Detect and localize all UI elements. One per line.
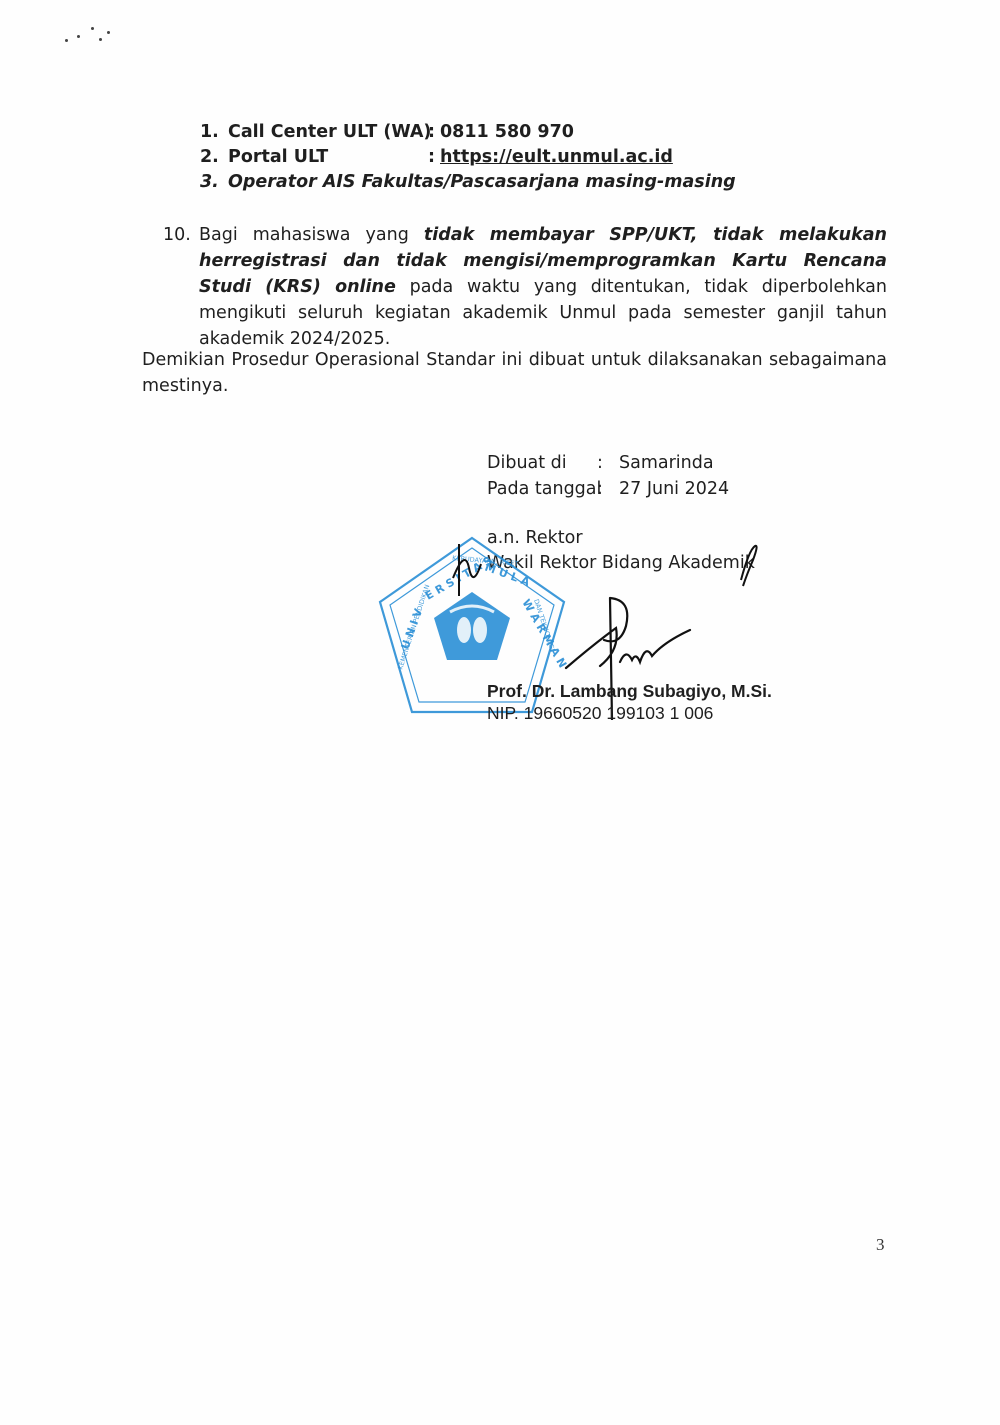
contact-call-center: 1. Call Center ULT (WA) : 0811 580 970 bbox=[200, 120, 736, 145]
contact-text: Operator AIS Fakultas/Pascasarjana masin… bbox=[228, 170, 736, 195]
contact-list: 1. Call Center ULT (WA) : 0811 580 970 2… bbox=[200, 120, 736, 195]
date-value: 27 Juni 2024 bbox=[619, 476, 729, 502]
signer-name-block: Prof. Dr. Lambang Subagiyo, M.Si. NIP. 1… bbox=[487, 680, 772, 724]
list-number: 3. bbox=[200, 170, 228, 195]
separator: : bbox=[428, 120, 440, 145]
portal-link[interactable]: https://eult.unmul.ac.id bbox=[440, 147, 673, 167]
closing-paragraph: Demikian Prosedur Operasional Standar in… bbox=[142, 347, 887, 399]
initial-mark-icon bbox=[445, 538, 505, 598]
page-number: 3 bbox=[876, 1235, 885, 1255]
list-number: 1. bbox=[200, 120, 228, 145]
item-body: Bagi mahasiswa yang tidak membayar SPP/U… bbox=[199, 222, 887, 352]
signer-nip: NIP. 19660520 199103 1 006 bbox=[487, 702, 772, 724]
contact-label: Call Center ULT (WA) bbox=[228, 120, 428, 145]
contact-phone: 0811 580 970 bbox=[440, 120, 574, 145]
date-row: Pada tanggal : 27 Juni 2024 bbox=[487, 476, 729, 502]
place-value: Samarinda bbox=[619, 450, 714, 476]
contact-portal: 2. Portal ULT : https://eult.unmul.ac.id bbox=[200, 145, 736, 170]
place-label: Dibuat di bbox=[487, 450, 597, 476]
list-number: 10. bbox=[163, 222, 191, 248]
separator: : bbox=[597, 476, 619, 502]
list-item-10: 10. Bagi mahasiswa yang tidak membayar S… bbox=[163, 222, 887, 352]
list-number: 2. bbox=[200, 145, 228, 170]
scan-specks bbox=[55, 25, 135, 50]
contact-label: Portal ULT bbox=[228, 145, 428, 170]
place-row: Dibuat di : Samarinda bbox=[487, 450, 729, 476]
separator: : bbox=[428, 145, 440, 170]
separator: : bbox=[597, 450, 619, 476]
item-intro: Bagi mahasiswa yang bbox=[199, 225, 424, 245]
initial-mark-icon bbox=[735, 540, 765, 590]
date-label: Pada tanggal bbox=[487, 476, 597, 502]
place-date-block: Dibuat di : Samarinda Pada tanggal : 27 … bbox=[487, 450, 729, 502]
document-page: 1. Call Center ULT (WA) : 0811 580 970 2… bbox=[0, 0, 1000, 1425]
signer-name: Prof. Dr. Lambang Subagiyo, M.Si. bbox=[487, 680, 772, 702]
contact-operator: 3. Operator AIS Fakultas/Pascasarjana ma… bbox=[200, 170, 736, 195]
